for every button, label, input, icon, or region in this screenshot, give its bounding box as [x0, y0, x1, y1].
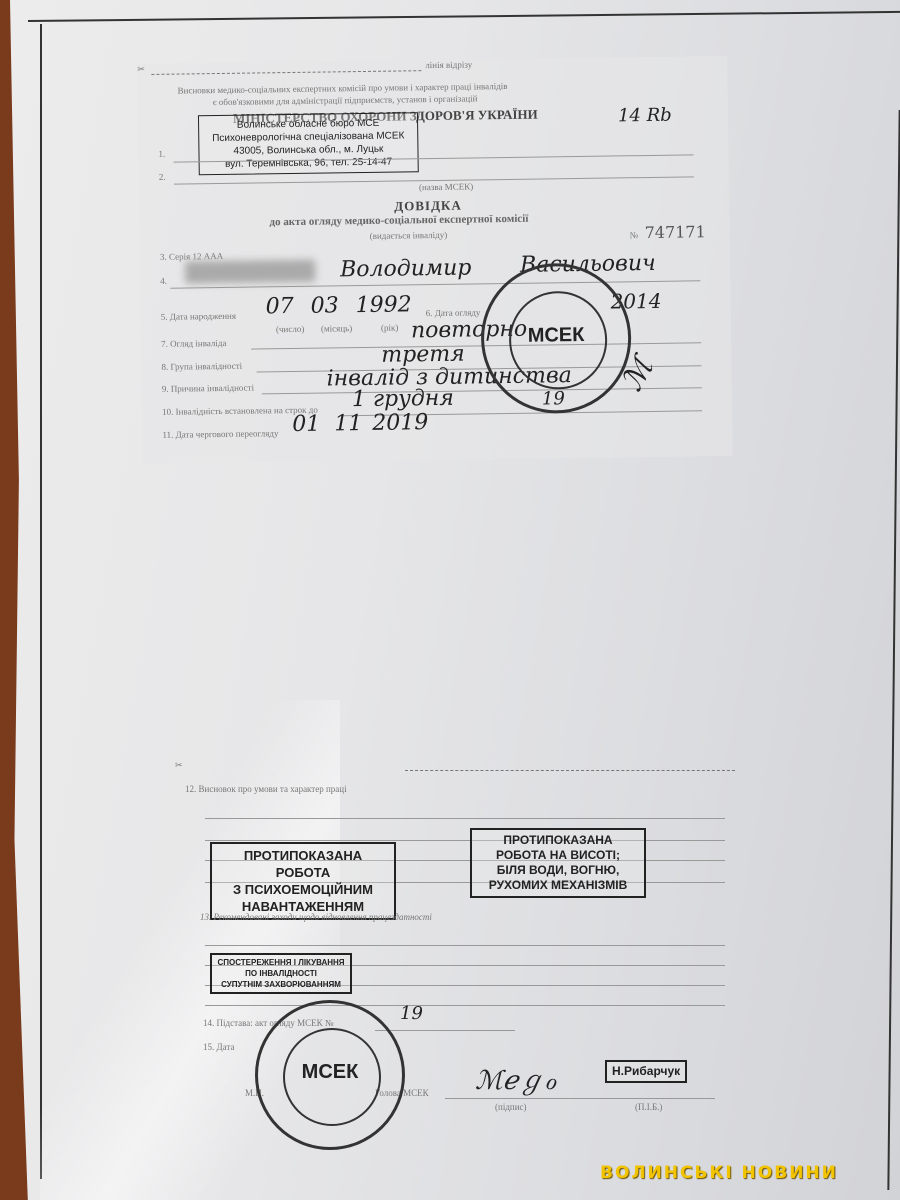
stamp-contraindication-height: ПРОТИПОКАЗАНА РОБОТА НА ВИСОТІ; БІЛЯ ВОД…	[470, 828, 646, 898]
address-stamp-line: вул. Теремнівська, 96, тел. 25-14-47	[206, 155, 412, 171]
stamp-line: РУХОМИХ МЕХАНІЗМІВ	[478, 878, 638, 893]
stamp-line: ПРОТИПОКАЗАНА РОБОТА	[218, 847, 388, 881]
stamp-line: ПРОТИПОКАЗАНА	[478, 833, 638, 848]
dob-day: 07	[265, 294, 293, 319]
dob-month: 03	[310, 293, 338, 318]
signer-name-stamp: Н.Рибарчук	[605, 1060, 687, 1083]
next-exam-year: 2019	[372, 410, 428, 436]
stamp-line: СПОСТЕРЕЖЕННЯ І ЛІКУВАННЯ	[216, 957, 346, 968]
stamp-observation: СПОСТЕРЕЖЕННЯ І ЛІКУВАННЯ ПО ІНВАЛІДНОСТ…	[210, 953, 352, 994]
dob-year: 1992	[355, 292, 411, 318]
scissors-icon: ✂	[137, 64, 145, 75]
field-4-number: 4.	[160, 276, 167, 286]
next-exam-day: 01	[292, 412, 320, 437]
term-value: 1 грудня	[352, 386, 454, 412]
dob-year-caption: (рік)	[381, 323, 399, 333]
disability-type-label: 7. Огляд інваліда	[161, 338, 226, 349]
dob-month-caption: (місяць)	[321, 323, 352, 333]
document-title: ДОВІДКА	[394, 198, 462, 215]
field-2-number: 2.	[159, 172, 166, 182]
dob-day-caption: (число)	[276, 324, 304, 334]
cut-line-label: лінія відрізу	[425, 59, 472, 70]
next-exam-month: 11	[334, 411, 362, 436]
field-2-caption: (назва МСЕК)	[419, 181, 473, 192]
certificate-top-section: ✂ лінія відрізу Висновки медико-соціальн…	[137, 56, 733, 464]
name-caption: (П.І.Б.)	[635, 1102, 662, 1112]
round-stamp-label: МСЕК	[258, 1061, 402, 1084]
cause-label: 9. Причина інвалідності	[162, 383, 254, 394]
stamp-contraindication-psycho: ПРОТИПОКАЗАНА РОБОТА З ПСИХОЕМОЦІЙНИМ НА…	[210, 842, 396, 920]
field-12-label: 12. Висновок про умови та характер праці	[185, 784, 347, 794]
top-border-line	[28, 11, 900, 22]
field-1-number: 1.	[158, 149, 165, 159]
first-name-handwritten: Володимир	[340, 255, 472, 282]
right-border-line	[887, 110, 900, 1190]
scissors-icon: ✂	[175, 760, 183, 771]
field-15-label: 15. Дата	[203, 1042, 234, 1052]
corner-handwritten-mark: 14 Rb	[618, 105, 672, 127]
document-subtitle: до акта огляду медико-соціальної експерт…	[269, 213, 528, 229]
field-14-value: 19	[400, 1003, 423, 1024]
msek-round-stamp: МСЕК	[480, 262, 632, 414]
field-13-label: 13. Рекомендовані заходи щодо відновленн…	[200, 912, 432, 922]
redacted-surname	[185, 260, 315, 284]
msek-round-stamp-bottom: МСЕК	[255, 1000, 405, 1150]
round-stamp-label: МСЕК	[484, 323, 628, 348]
stamp-line: З ПСИХОЕМОЦІЙНИМ	[218, 881, 388, 898]
stamp-line: ПО ІНВАЛІДНОСТІ	[216, 968, 346, 979]
signature-caption: (підпис)	[495, 1102, 527, 1112]
watermark-logo: ВОЛИНСЬКІ НОВИНИ	[600, 1163, 838, 1183]
chair-signature: ℳℯℊℴ	[475, 1060, 556, 1097]
next-exam-label: 11. Дата чергового переогляду	[162, 428, 278, 440]
stamp-line: СУПУТНІМ ЗАХВОРЮВАННЯМ	[216, 979, 346, 990]
address-stamp: Волинське обласне бюро МСЕ Психоневролог…	[198, 112, 419, 175]
stamp-line: БІЛЯ ВОДИ, ВОГНЮ,	[478, 863, 638, 878]
header-line-2: є обов'язковими для адміністрації підпри…	[213, 93, 478, 107]
issued-to-caption: (видається інваліду)	[370, 230, 448, 241]
stamp-line: РОБОТА НА ВИСОТІ;	[478, 848, 638, 863]
certificate-number: 747171	[645, 222, 706, 242]
number-label: №	[630, 230, 639, 240]
group-label: 8. Група інвалідності	[161, 361, 242, 372]
dob-label: 5. Дата народження	[161, 311, 236, 322]
certificate-bottom-section: ✂ 12. Висновок про умови та характер пра…	[175, 760, 745, 1130]
